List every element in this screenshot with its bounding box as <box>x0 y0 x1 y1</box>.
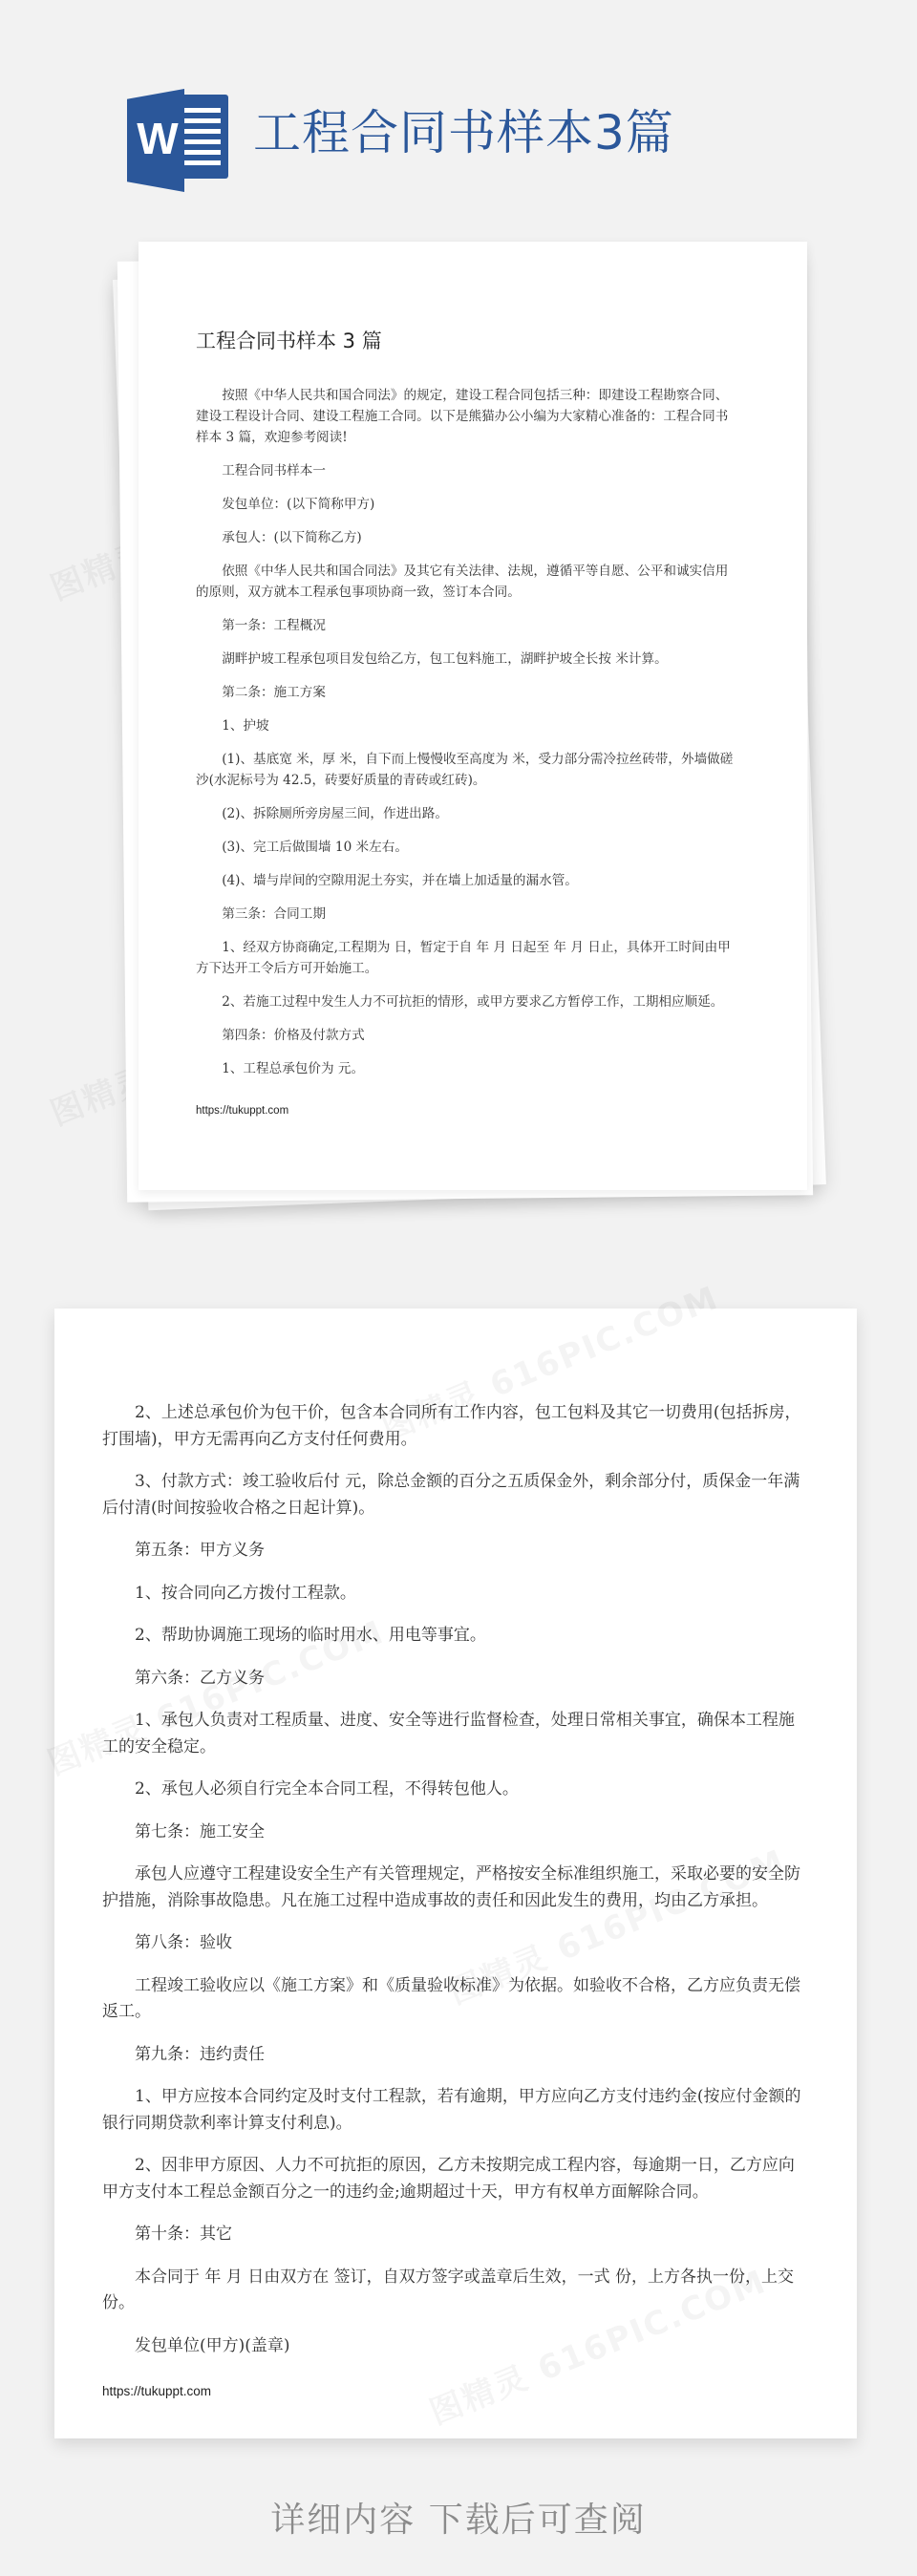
paragraph: (1)、基底宽 米，厚 米，自下而上慢慢收至高度为 米，受力部分需冷拉丝砖带，外… <box>196 749 738 791</box>
article-heading: 第三条：合同工期 <box>196 904 738 925</box>
footer-url[interactable]: https://tukuppt.com <box>102 2384 809 2398</box>
paragraph: 1、按合同向乙方拨付工程款。 <box>102 1581 809 1607</box>
paragraph: 2、帮助协调施工现场的临时用水、用电等事宜。 <box>102 1623 809 1650</box>
paragraph: 2、承包人必须自行完全本合同工程，不得转包他人。 <box>102 1777 809 1803</box>
paragraph: 依照《中华人民共和国合同法》及其它有关法律、法规，遵循平等自愿、公平和诚实信用的… <box>196 561 738 603</box>
article-heading: 第一条：工程概况 <box>196 615 738 636</box>
sample-heading: 工程合同书样本一 <box>196 460 738 481</box>
article-heading: 第六条：乙方义务 <box>102 1666 809 1692</box>
header: W 工程合同书样本3篇 <box>0 0 917 229</box>
paragraph: 2、若施工过程中发生人力不可抗拒的情形，或甲方要求乙方暂停工作，工期相应顺延。 <box>196 991 738 1012</box>
page-2-body: 2、上述总承包价为包干价，包含本合同所有工作内容，包工包料及其它一切费用(包括拆… <box>102 1400 809 2359</box>
article-heading: 第八条：验收 <box>102 1930 809 1957</box>
paragraph: 承包人应遵守工程建设安全生产有关管理规定，严格按安全标准组织施工，采取必要的安全… <box>102 1862 809 1914</box>
paragraph: (3)、完工后做围墙 10 米左右。 <box>196 837 738 858</box>
document-title: 工程合同书样本 3 篇 <box>196 326 738 354</box>
paragraph: 1、甲方应按本合同约定及时支付工程款，若有逾期，甲方应向乙方支付违约金(按应付金… <box>102 2084 809 2137</box>
paragraph: 1、经双方协商确定,工程期为 日，暂定于自 年 月 日起至 年 月 日止，具体开… <box>196 937 738 979</box>
article-heading: 第九条：违约责任 <box>102 2042 809 2069</box>
paragraph: 本合同于 年 月 日由双方在 签订，自双方签字或盖章后生效，一式 份，上方各执一… <box>102 2265 809 2317</box>
paragraph: 2、因非甲方原因、人力不可抗拒的原因，乙方未按期完成工程内容，每逾期一日，乙方应… <box>102 2153 809 2205</box>
paragraph: 承包人：(以下简称乙方) <box>196 527 738 548</box>
download-note: 详细内容 下载后可查阅 <box>0 2493 917 2542</box>
footer-url[interactable]: https://tukuppt.com <box>196 1105 738 1117</box>
paragraph: 1、护坡 <box>196 715 738 736</box>
article-heading: 第四条：价格及付款方式 <box>196 1025 738 1046</box>
paragraph: 发包单位：(以下简称甲方) <box>196 494 738 515</box>
paragraph: 2、上述总承包价为包干价，包含本合同所有工作内容，包工包料及其它一切费用(包括拆… <box>102 1400 809 1453</box>
paragraph: 3、付款方式：竣工验收后付 元，除总金额的百分之五质保金外，剩余部分付，质保金一… <box>102 1469 809 1522</box>
paragraph: 工程竣工验收应以《施工方案》和《质量验收标准》为依据。如验收不合格，乙方应负责无… <box>102 1973 809 2026</box>
paragraph: 1、工程总承包价为 元。 <box>196 1058 738 1079</box>
signature-line: 发包单位(甲方)(盖章) <box>102 2333 809 2360</box>
paragraph: (4)、墙与岸间的空隙用泥土夯实，并在墙上加适量的漏水管。 <box>196 870 738 891</box>
article-heading: 第七条：施工安全 <box>102 1820 809 1846</box>
header-title: 工程合同书样本3篇 <box>253 101 674 164</box>
document-page-1: 工程合同书样本 3 篇 按照《中华人民共和国合同法》的规定，建设工程合同包括三种… <box>139 242 807 1190</box>
page-1-body: 按照《中华人民共和国合同法》的规定，建设工程合同包括三种：即建设工程勘察合同、建… <box>215 385 738 1079</box>
word-document-icon: W <box>127 89 251 196</box>
paragraph: 湖畔护坡工程承包项目发包给乙方，包工包料施工，湖畔护坡全长按 米计算。 <box>196 649 738 670</box>
article-heading: 第二条：施工方案 <box>196 682 738 703</box>
article-heading: 第五条：甲方义务 <box>102 1538 809 1565</box>
document-page-2: 图精灵 616PIC.COM 图精灵 616PIC.COM 图精灵 616PIC… <box>54 1309 857 2438</box>
intro-paragraph: 按照《中华人民共和国合同法》的规定，建设工程合同包括三种：即建设工程勘察合同、建… <box>196 385 738 448</box>
paragraph: (2)、拆除厕所旁房屋三间，作进出路。 <box>196 803 738 824</box>
paragraph: 1、承包人负责对工程质量、进度、安全等进行监督检查，处理日常相关事宜，确保本工程… <box>102 1708 809 1760</box>
article-heading: 第十条：其它 <box>102 2222 809 2248</box>
